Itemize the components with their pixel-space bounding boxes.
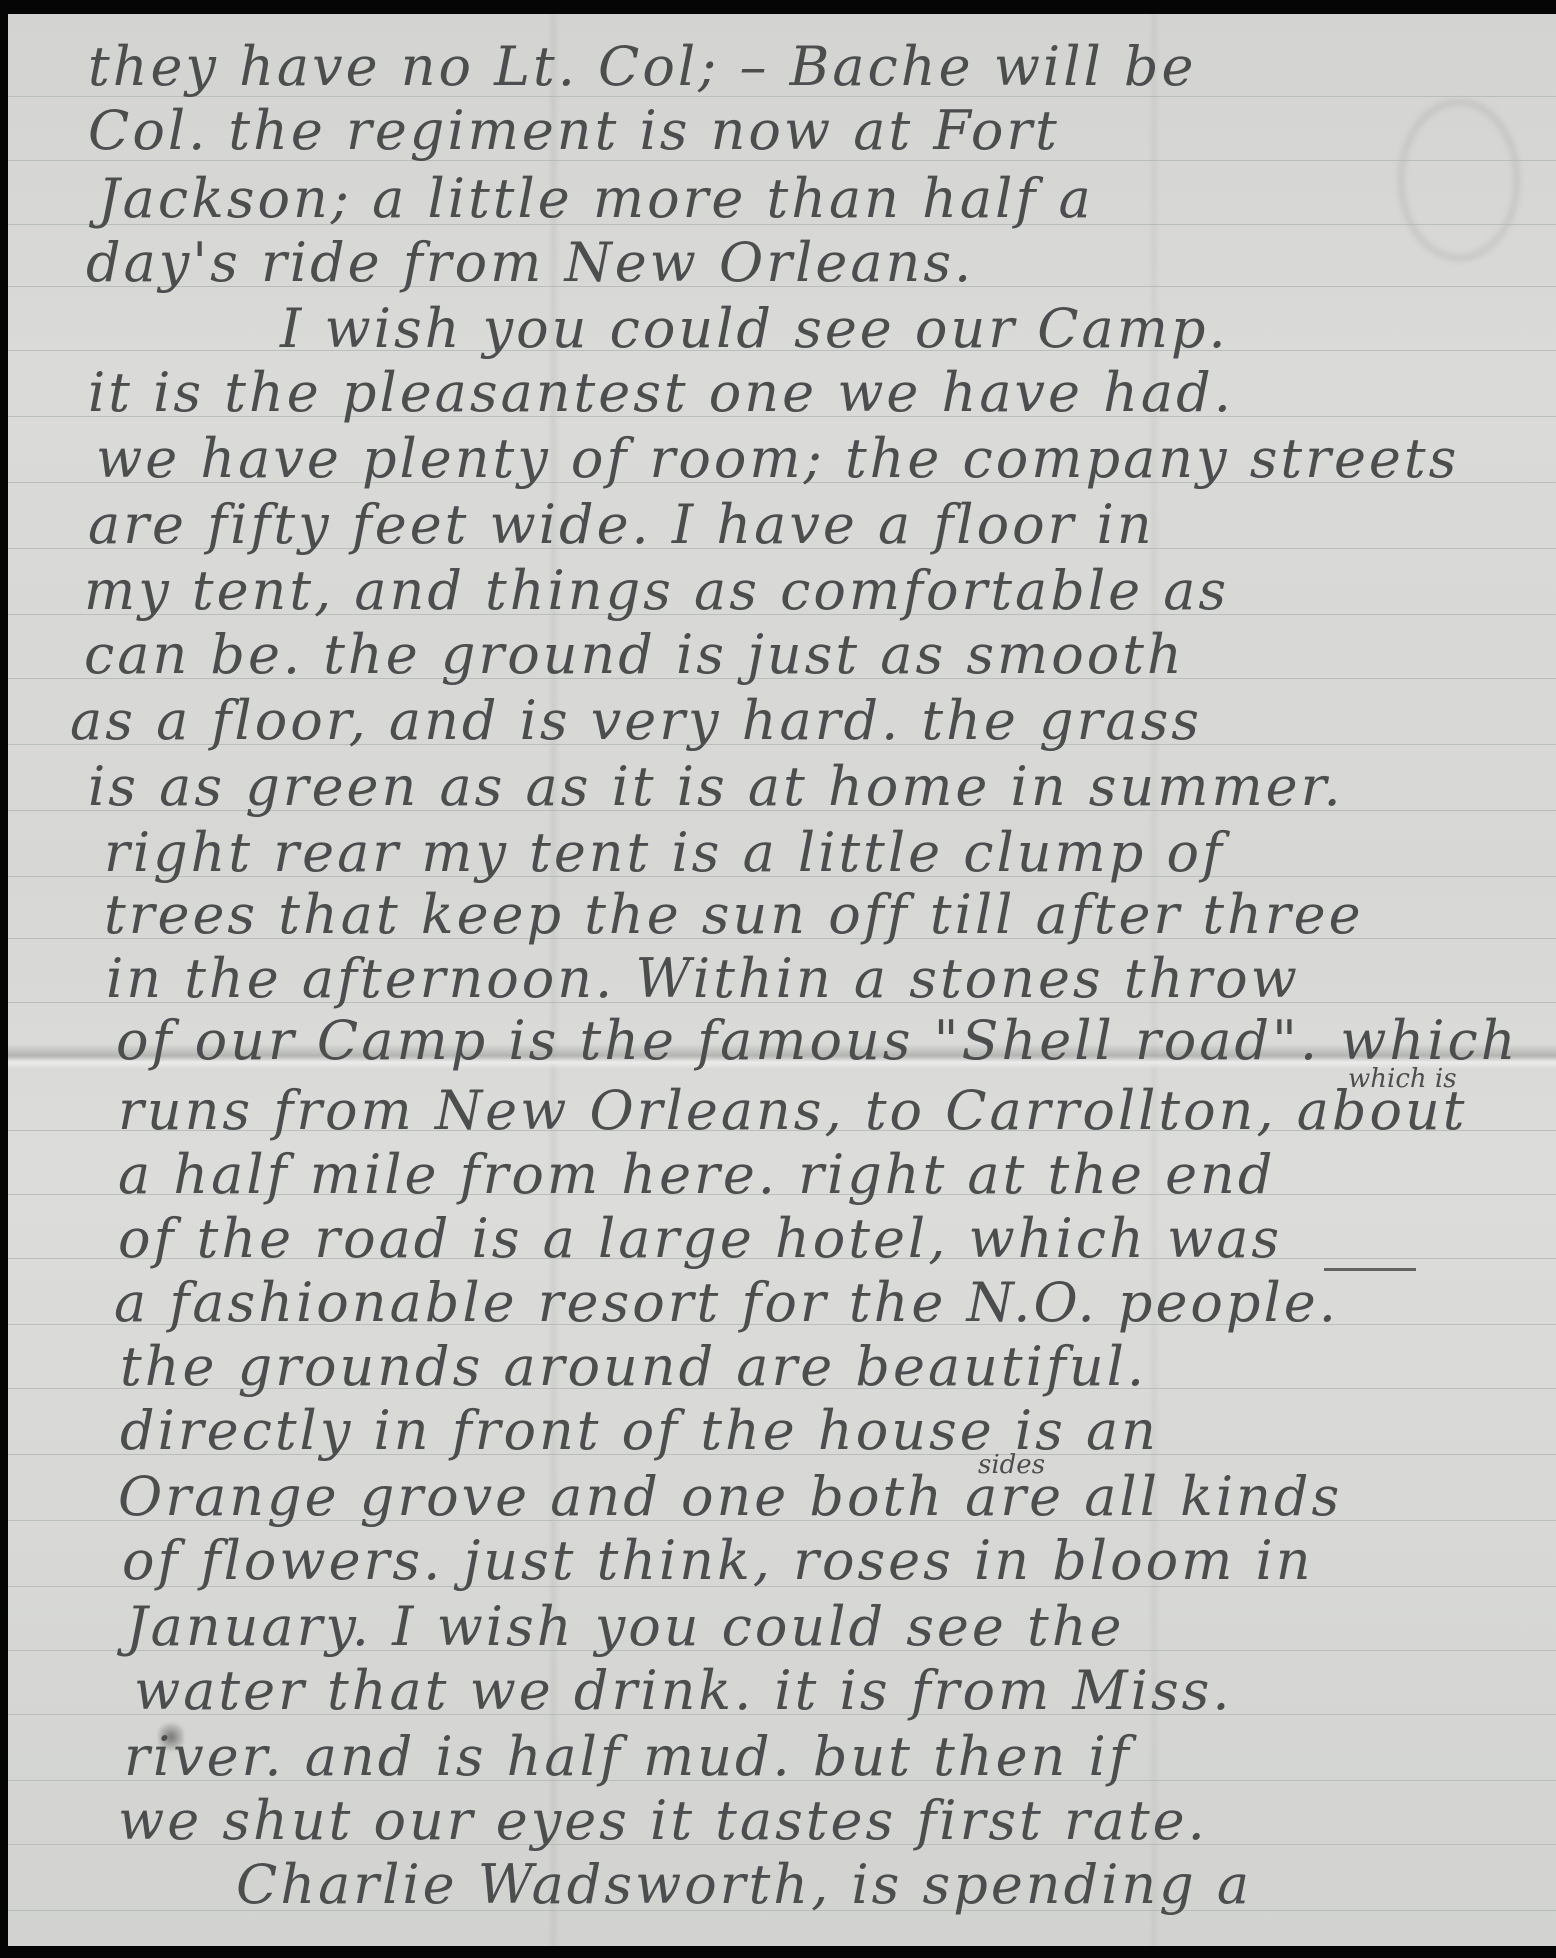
handwritten-line: trees that keep the sun off till after t… xyxy=(104,888,1364,942)
handwritten-line: a half mile from here. right at the end xyxy=(118,1148,1275,1202)
handwritten-line: my tent, and things as comfortable as xyxy=(84,564,1229,618)
handwritten-line: the grounds around are beautiful. xyxy=(120,1340,1147,1394)
handwritten-line: they have no Lt. Col; – Bache will be xyxy=(88,40,1196,94)
handwritten-line: of the road is a large hotel, which was xyxy=(118,1212,1282,1266)
handwritten-line: runs from New Orleans, to Carrollton, ab… xyxy=(118,1084,1467,1138)
handwritten-line: is as green as as it is at home in summe… xyxy=(88,760,1344,814)
handwritten-line: we have plenty of room; the company stre… xyxy=(96,432,1459,486)
handwritten-line: of flowers. just think, roses in bloom i… xyxy=(122,1534,1314,1588)
handwritten-line: Col. the regiment is now at Fort xyxy=(88,104,1060,158)
letter-sheet: they have no Lt. Col; – Bache will be Co… xyxy=(8,14,1556,1946)
handwritten-line: right rear my tent is a little clump of xyxy=(104,826,1225,880)
handwritten-line: Charlie Wadsworth, is spending a xyxy=(236,1858,1252,1912)
handwritten-line: I wish you could see our Camp. xyxy=(280,302,1229,356)
word-underline xyxy=(1324,1268,1416,1271)
handwritten-line: a fashionable resort for the N.O. people… xyxy=(114,1276,1339,1330)
handwritten-line: as a floor, and is very hard. the grass xyxy=(70,694,1202,748)
handwritten-line: Orange grove and one both are all kinds xyxy=(118,1470,1342,1524)
handwritten-line: of our Camp is the famous "Shell road". … xyxy=(116,1014,1519,1068)
handwritten-line: it is the pleasantest one we have had. xyxy=(88,366,1234,420)
handwritten-line: day's ride from New Orleans. xyxy=(86,236,974,290)
handwritten-line: January. I wish you could see the xyxy=(126,1600,1124,1654)
handwritten-line: we shut our eyes it tastes first rate. xyxy=(118,1794,1208,1848)
interlinear-insertion: which is xyxy=(1348,1064,1457,1094)
handwritten-line: can be. the ground is just as smooth xyxy=(84,628,1185,682)
water-stain xyxy=(1398,99,1520,261)
handwritten-line: are fifty feet wide. I have a floor in xyxy=(88,498,1155,552)
handwritten-line: in the afternoon. Within a stones throw xyxy=(106,952,1300,1006)
handwritten-line: river. and is half mud. but then if xyxy=(124,1730,1132,1784)
interlinear-insertion: sides xyxy=(978,1450,1045,1480)
handwritten-line: Jackson; a little more than half a xyxy=(98,172,1094,226)
handwritten-line: water that we drink. it is from Miss. xyxy=(134,1664,1233,1718)
